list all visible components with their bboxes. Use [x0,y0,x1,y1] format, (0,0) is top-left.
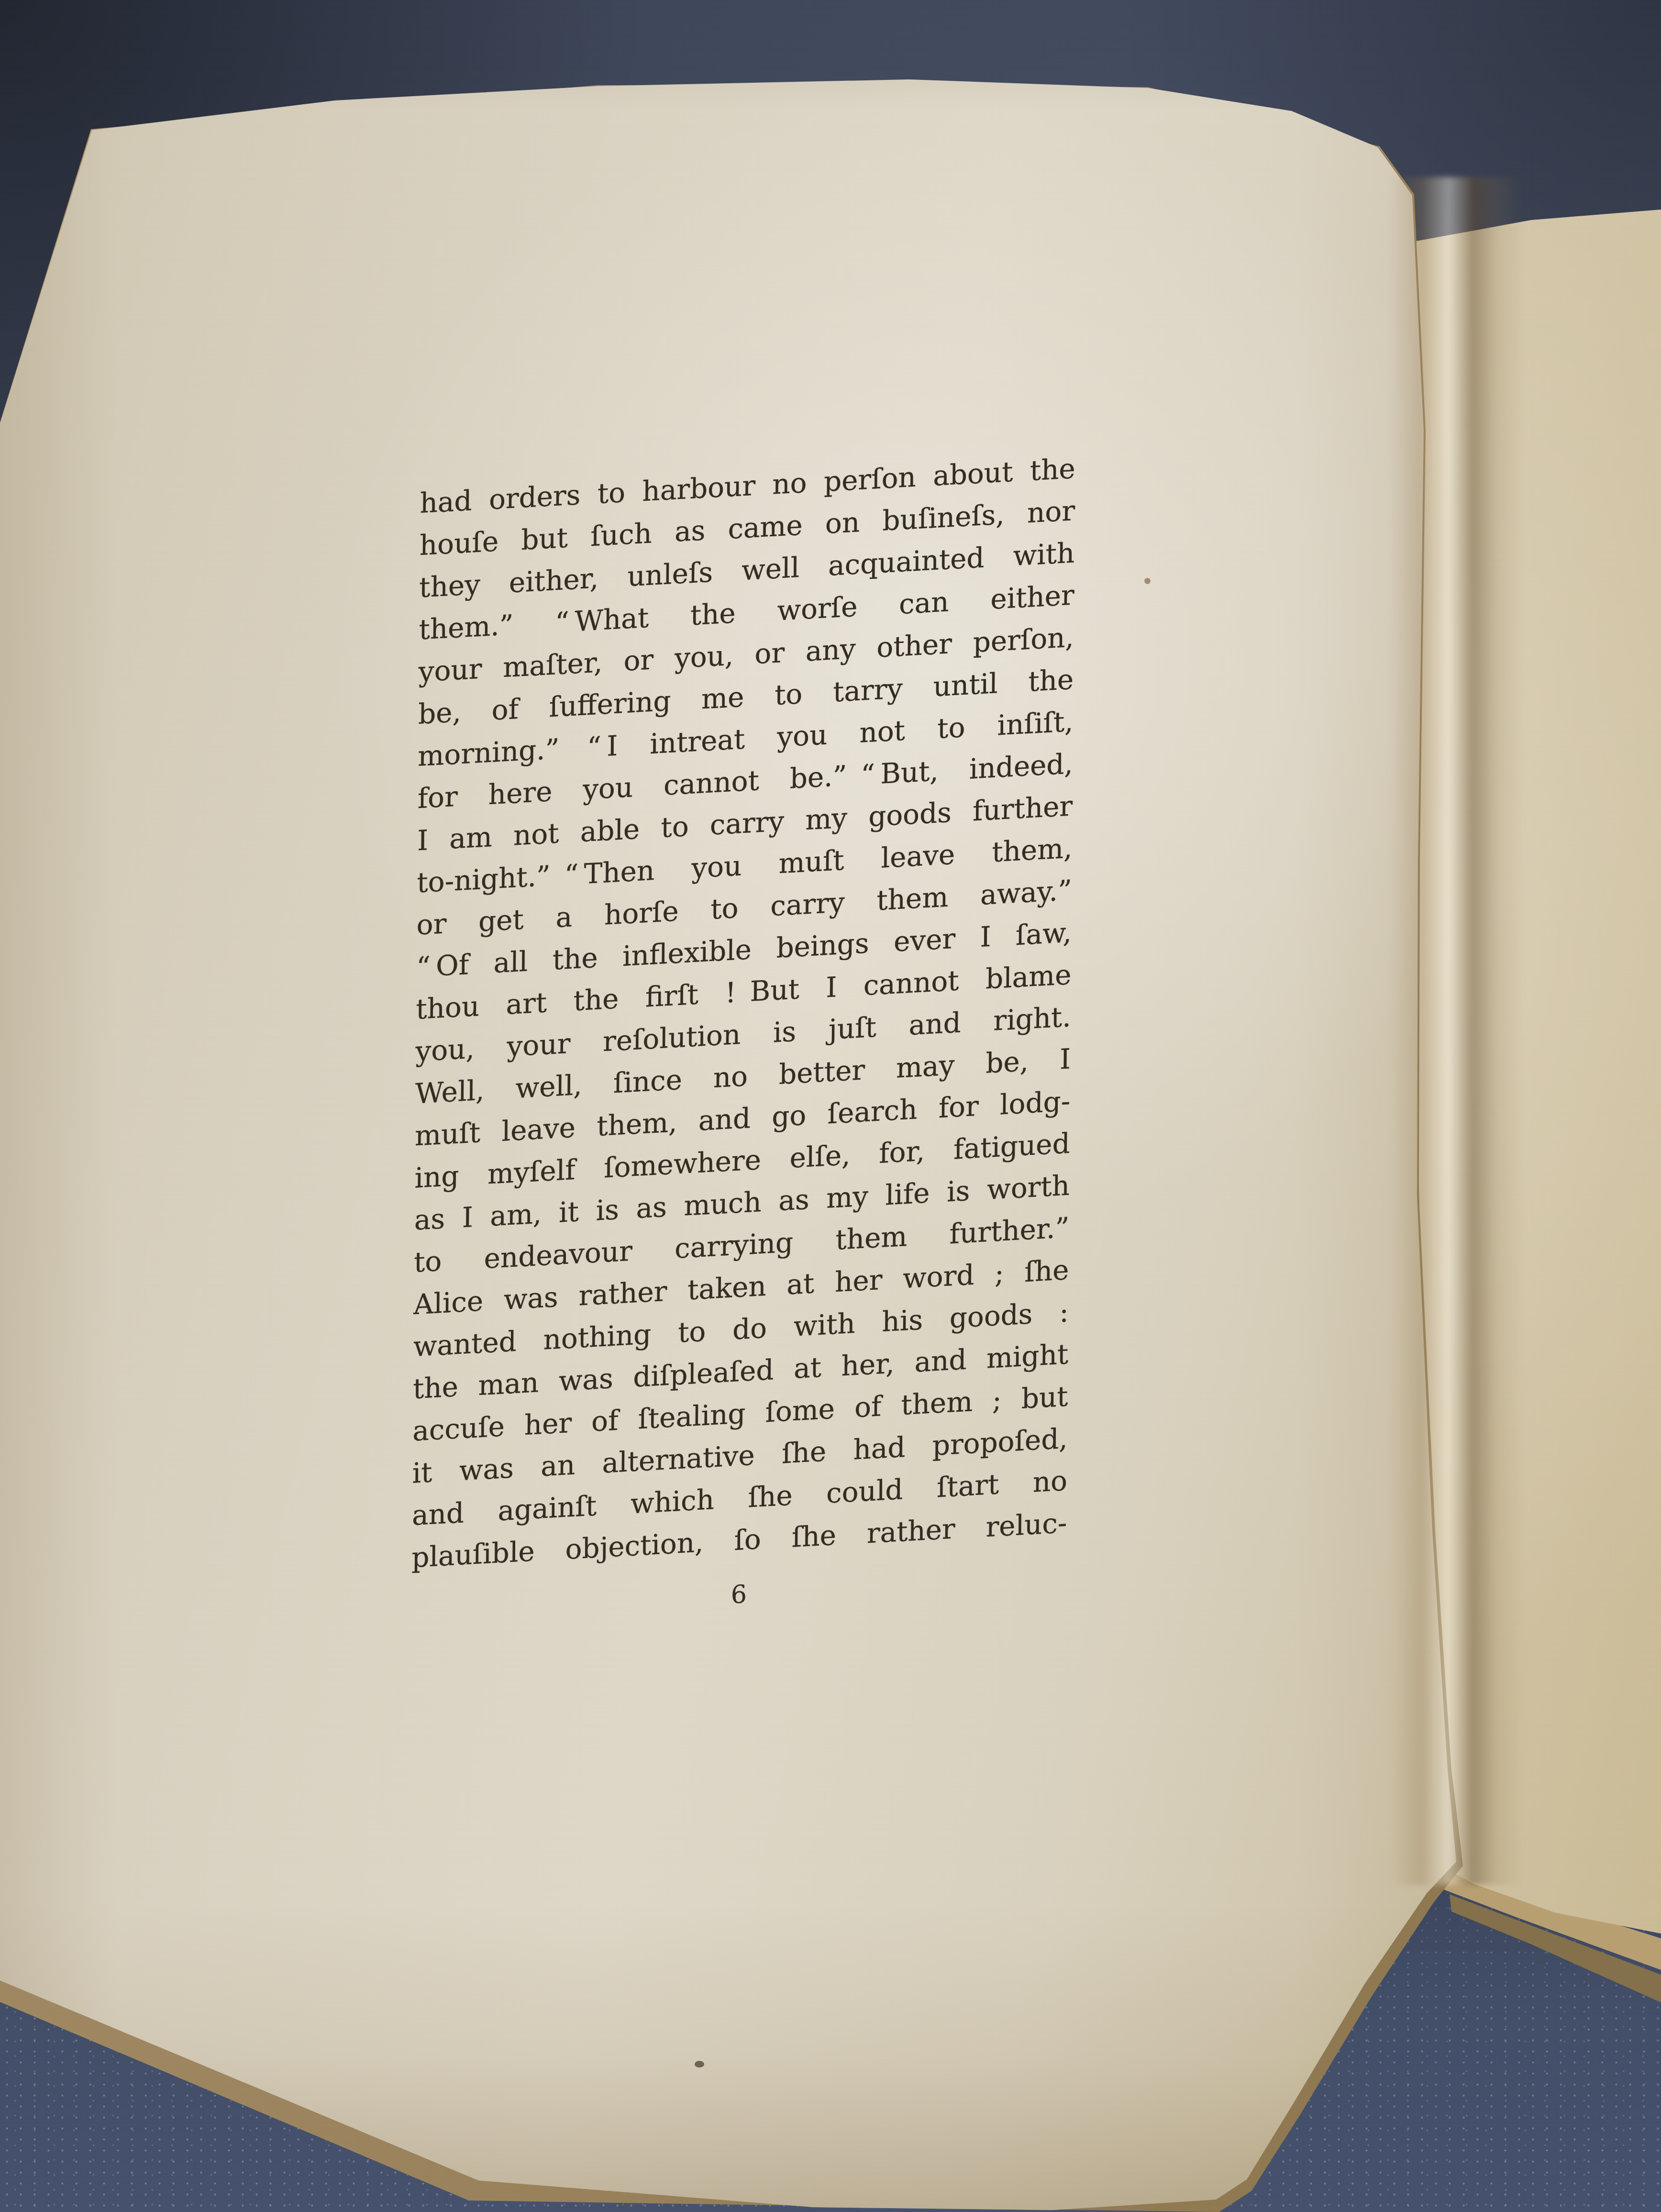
text-lines: had orders to harbour no perſon about th… [411,447,1075,1579]
book-gutter-shadow [1390,177,1524,1885]
photo-open-book: had orders to harbour no perſon about th… [0,0,1661,2212]
paper-fleck [695,2061,704,2068]
page-text-block: had orders to harbour no perſon about th… [411,447,1075,1633]
paper-fleck [1144,578,1151,584]
